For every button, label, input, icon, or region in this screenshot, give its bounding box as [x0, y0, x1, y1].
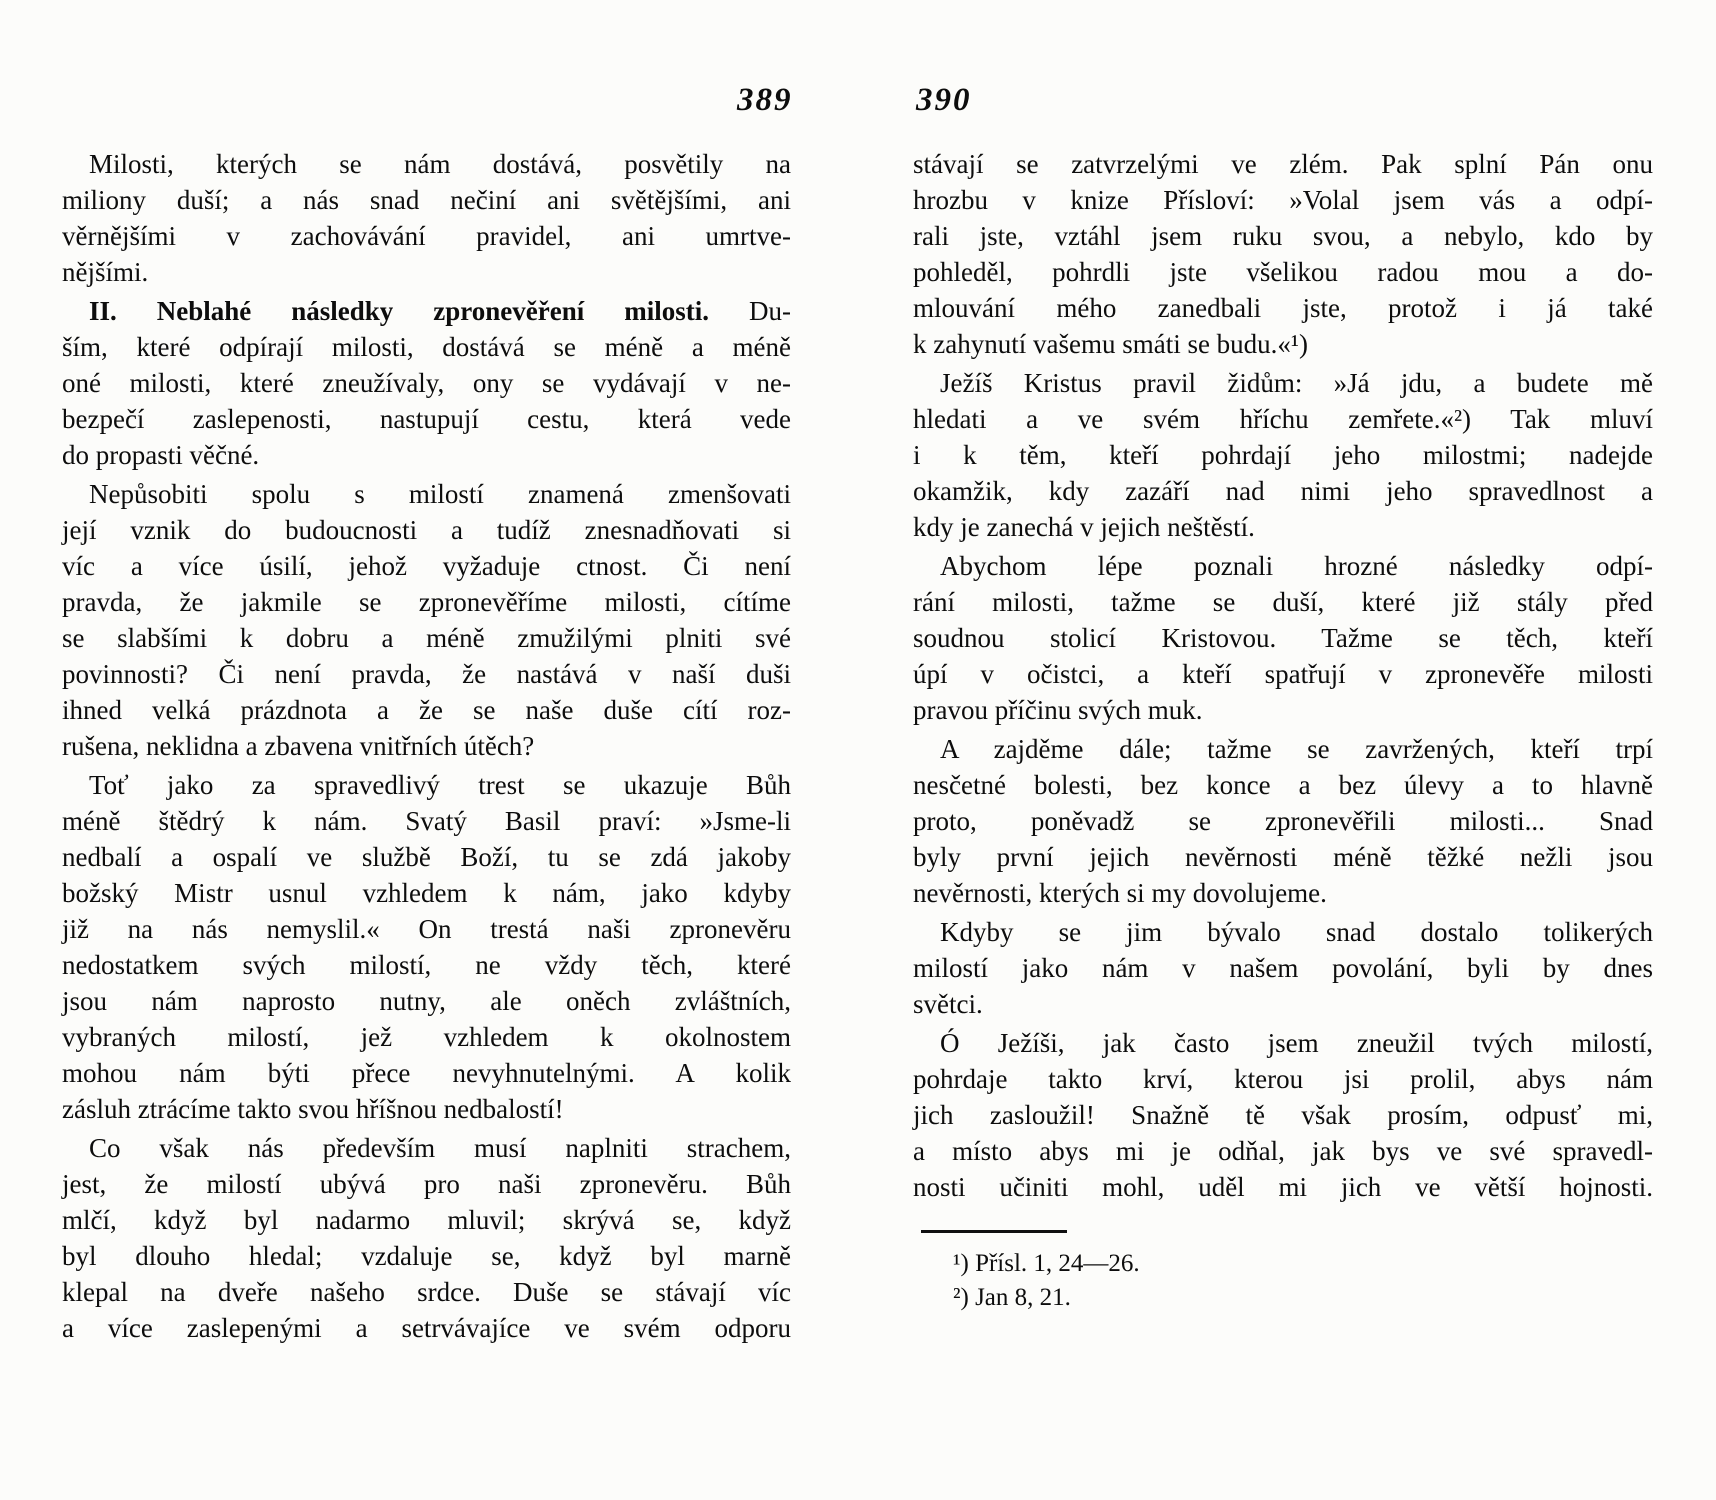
text-line: pravou příčinu svých muk.	[913, 692, 1653, 728]
text-line: povinnosti? Či není pravda, že nastává v…	[62, 656, 791, 692]
text-line: jich zasloužil! Snažně tě však prosím, o…	[913, 1097, 1653, 1133]
text-line: věrnějšími v zachovávání pravidel, ani u…	[62, 218, 791, 254]
paragraph: Abychom lépe poznali hrozné následky odp…	[913, 548, 1653, 728]
text-line: nesčetné bolesti, bez konce a bez úlevy …	[913, 767, 1653, 803]
footnote-separator-rule	[921, 1230, 1067, 1233]
text-line: Ježíš Kristus pravil židům: »Já jdu, a b…	[913, 365, 1653, 401]
text-line: mohou nám býti přece nevyhnutelnými. A k…	[62, 1055, 791, 1091]
text-line: pohleděl, pohrdli jste všelikou radou mo…	[913, 254, 1653, 290]
text-line: do propasti věčné.	[62, 437, 791, 473]
paragraph: stávají se zatvrzelými ve zlém. Pak spln…	[913, 146, 1653, 362]
text-line: světci.	[913, 986, 1653, 1022]
text-line: již na nás nemyslil.« On trestá naši zpr…	[62, 911, 791, 947]
right-page-paragraphs: stávají se zatvrzelými ve zlém. Pak spln…	[913, 146, 1653, 1205]
paragraph: Toť jako za spravedlivý trest se ukazuje…	[62, 767, 791, 1127]
book-scan-spread: 389 390 Milosti, kterých se nám dostává,…	[0, 0, 1716, 1500]
text-line: nevěrnosti, kterých si my dovolujeme.	[913, 875, 1653, 911]
text-line: i k těm, kteří pohrdají jeho milostmi; n…	[913, 437, 1653, 473]
text-line: Kdyby se jim bývalo snad dostalo toliker…	[913, 914, 1653, 950]
footnote-2: ²) Jan 8, 21.	[913, 1281, 1653, 1315]
text-line: A zajděme dále; tažme se zavržených, kte…	[913, 731, 1653, 767]
text-line: se slabšími k dobru a méně zmužilými pln…	[62, 620, 791, 656]
text-line: ihned velká prázdnota a že se naše duše …	[62, 692, 791, 728]
text-line: II. Neblahé následky zpronevěření milost…	[62, 293, 791, 329]
text-line: ším, které odpírají milosti, dostává se …	[62, 329, 791, 365]
text-line: okamžik, kdy zazáří nad nimi jeho sprave…	[913, 473, 1653, 509]
text-line: rali jste, vztáhl jsem ruku svou, a neby…	[913, 218, 1653, 254]
text-line: úpí v očistci, a kteří spatřují v zprone…	[913, 656, 1653, 692]
text-line: vybraných milostí, jež vzhledem k okolno…	[62, 1019, 791, 1055]
paragraph: A zajděme dále; tažme se zavržených, kte…	[913, 731, 1653, 911]
text-line: Ó Ježíši, jak často jsem zneužil tvých m…	[913, 1025, 1653, 1061]
text-line: byl dlouho hledal; vzdaluje se, když byl…	[62, 1238, 791, 1274]
text-line: jest, že milostí ubývá pro naši zpronevě…	[62, 1166, 791, 1202]
page-number-right: 390	[916, 82, 972, 119]
section-heading: II. Neblahé následky zpronevěření milost…	[89, 296, 709, 326]
paragraph: Kdyby se jim bývalo snad dostalo toliker…	[913, 914, 1653, 1022]
paragraph: Ó Ježíši, jak často jsem zneužil tvých m…	[913, 1025, 1653, 1205]
text-line: mlčí, když byl nadarmo mluvil; skrývá se…	[62, 1202, 791, 1238]
text-line: k zahynutí vašemu smáti se budu.«¹)	[913, 326, 1653, 362]
paragraph: Co však nás především musí naplniti stra…	[62, 1130, 791, 1346]
text-line: rání milosti, tažme se duší, které již s…	[913, 584, 1653, 620]
text-line: a více zaslepenými a setrvávajíce ve své…	[62, 1310, 791, 1346]
text-line: klepal na dveře našeho srdce. Duše se st…	[62, 1274, 791, 1310]
text-line: byly první jejich nevěrnosti méně těžké …	[913, 839, 1653, 875]
text-line: Milosti, kterých se nám dostává, posvěti…	[62, 146, 791, 182]
text-line: a místo abys mi je odňal, jak bys ve své…	[913, 1133, 1653, 1169]
page-number-left: 389	[737, 82, 793, 119]
paragraph: Ježíš Kristus pravil židům: »Já jdu, a b…	[913, 365, 1653, 545]
paragraph: II. Neblahé následky zpronevěření milost…	[62, 293, 791, 473]
text-line: bezpečí zaslepenosti, nastupují cestu, k…	[62, 401, 791, 437]
text-line: nedbalí a ospalí ve službě Boží, tu se z…	[62, 839, 791, 875]
text-line: jsou nám naprosto nutny, ale oněch zvláš…	[62, 983, 791, 1019]
paragraph: Nepůsobiti spolu s milostí znamená zmenš…	[62, 476, 791, 764]
text-line: milostí jako nám v našem povolání, byli …	[913, 950, 1653, 986]
text-line: stávají se zatvrzelými ve zlém. Pak spln…	[913, 146, 1653, 182]
text-line: kdy je zanechá v jejich neštěstí.	[913, 509, 1653, 545]
text-line: Co však nás především musí naplniti stra…	[62, 1130, 791, 1166]
left-page-text-column: Milosti, kterých se nám dostává, posvěti…	[62, 146, 791, 1346]
text-line: pravda, že jakmile se zpronevěříme milos…	[62, 584, 791, 620]
text-line: pohrdaje takto krví, kterou jsi prolil, …	[913, 1061, 1653, 1097]
text-line: zásluh ztrácíme takto svou hříšnou nedba…	[62, 1091, 791, 1127]
text-line: proto, poněvadž se zpronevěřili milosti.…	[913, 803, 1653, 839]
text-line: nosti učiniti mohl, uděl mi jich ve větš…	[913, 1169, 1653, 1205]
text-line: rušena, neklidna a zbavena vnitřních útě…	[62, 728, 791, 764]
text-line: víc a více úsilí, jehož vyžaduje ctnost.…	[62, 548, 791, 584]
text-line: hledati a ve svém hříchu zemřete.«²) Tak…	[913, 401, 1653, 437]
text-line: miliony duší; a nás snad nečiní ani svět…	[62, 182, 791, 218]
text-line: soudnou stolicí Kristovou. Tažme se těch…	[913, 620, 1653, 656]
text-line: Toť jako za spravedlivý trest se ukazuje…	[62, 767, 791, 803]
footnote-1: ¹) Přísl. 1, 24—26.	[913, 1247, 1653, 1281]
left-page-paragraphs: Milosti, kterých se nám dostává, posvěti…	[62, 146, 791, 1346]
text-line: její vznik do budoucnosti a tudíž znesna…	[62, 512, 791, 548]
right-page-text-column: stávají se zatvrzelými ve zlém. Pak spln…	[913, 146, 1653, 1315]
text-line: božský Mistr usnul vzhledem k nám, jako …	[62, 875, 791, 911]
text-line: méně štědrý k nám. Svatý Basil praví: »J…	[62, 803, 791, 839]
text-line: nějšími.	[62, 254, 791, 290]
text-line: Abychom lépe poznali hrozné následky odp…	[913, 548, 1653, 584]
text-line: hrozbu v knize Přísloví: »Volal jsem vás…	[913, 182, 1653, 218]
text-line: mlouvání mého zanedbali jste, protož i j…	[913, 290, 1653, 326]
text-line: Nepůsobiti spolu s milostí znamená zmenš…	[62, 476, 791, 512]
text-line: nedostatkem svých milostí, ne vždy těch,…	[62, 947, 791, 983]
text-line: oné milosti, které zneužívaly, ony se vy…	[62, 365, 791, 401]
paragraph: Milosti, kterých se nám dostává, posvěti…	[62, 146, 791, 290]
